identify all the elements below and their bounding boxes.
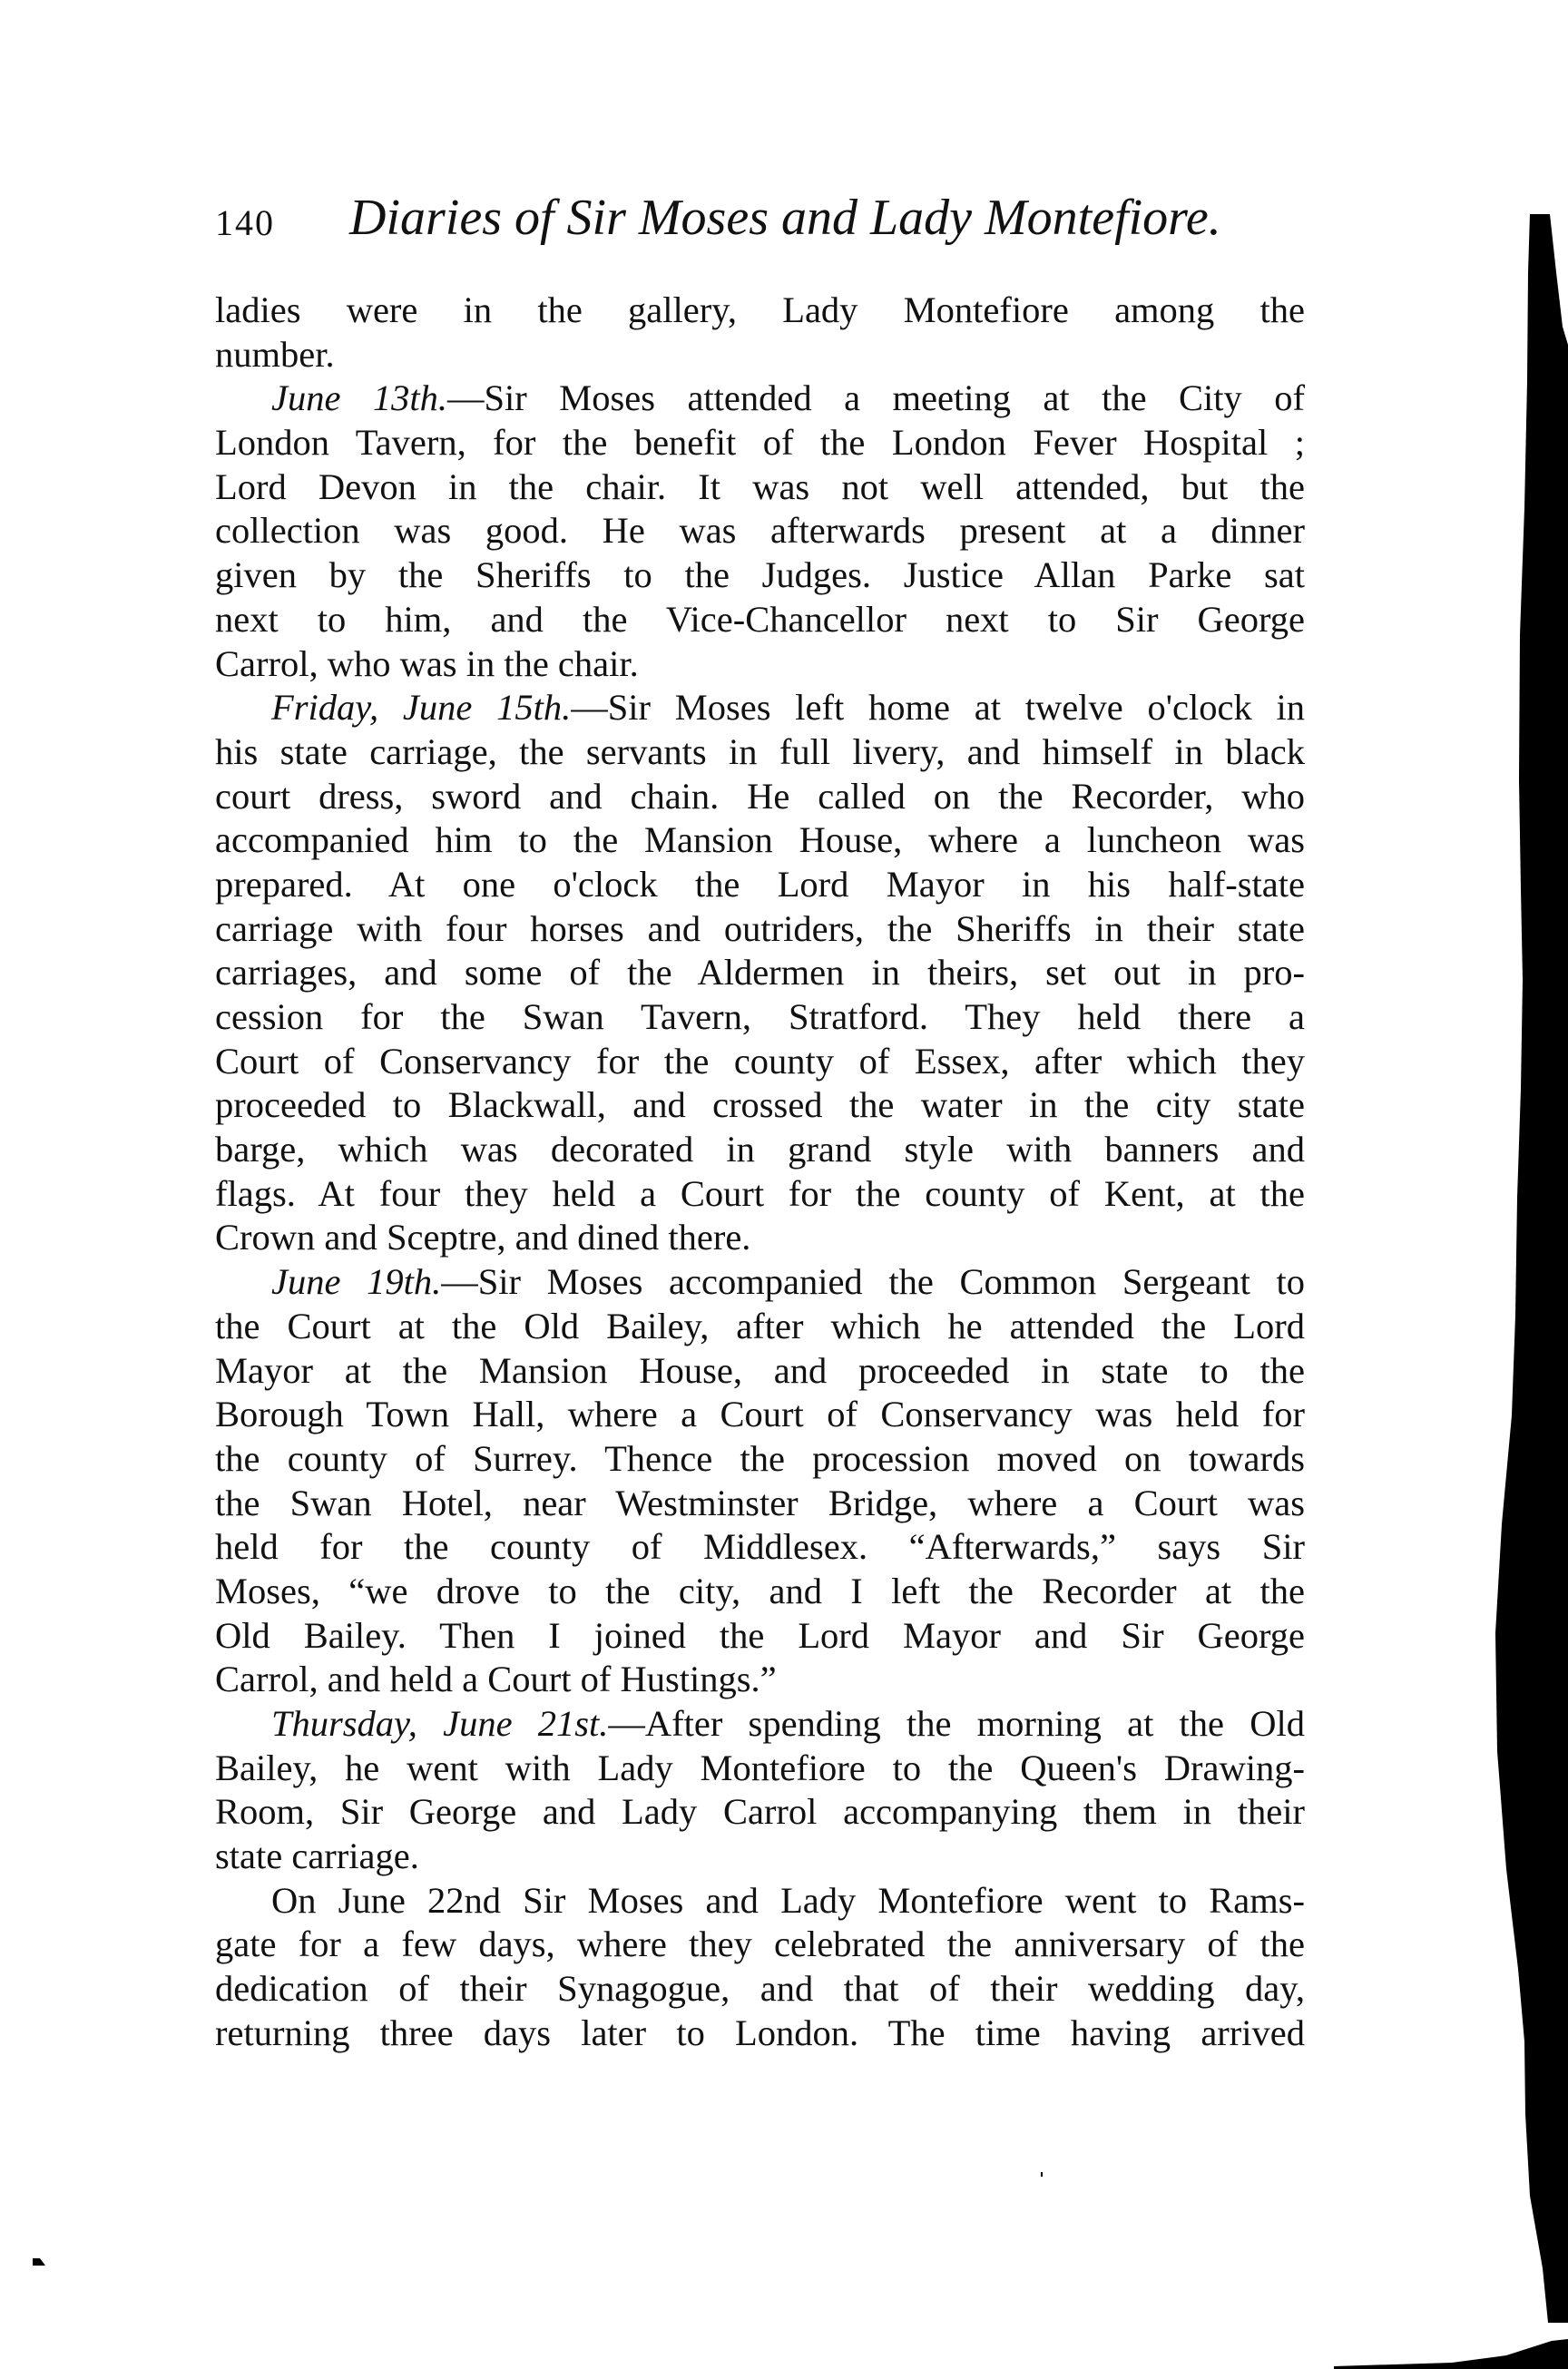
scan-mark-icon bbox=[33, 2258, 45, 2266]
scanned-page-edge-shadow bbox=[0, 0, 1568, 2369]
scan-speck-icon bbox=[1041, 2172, 1043, 2177]
book-page: 140 Diaries of Sir Moses and Lady Montef… bbox=[0, 0, 1568, 2369]
